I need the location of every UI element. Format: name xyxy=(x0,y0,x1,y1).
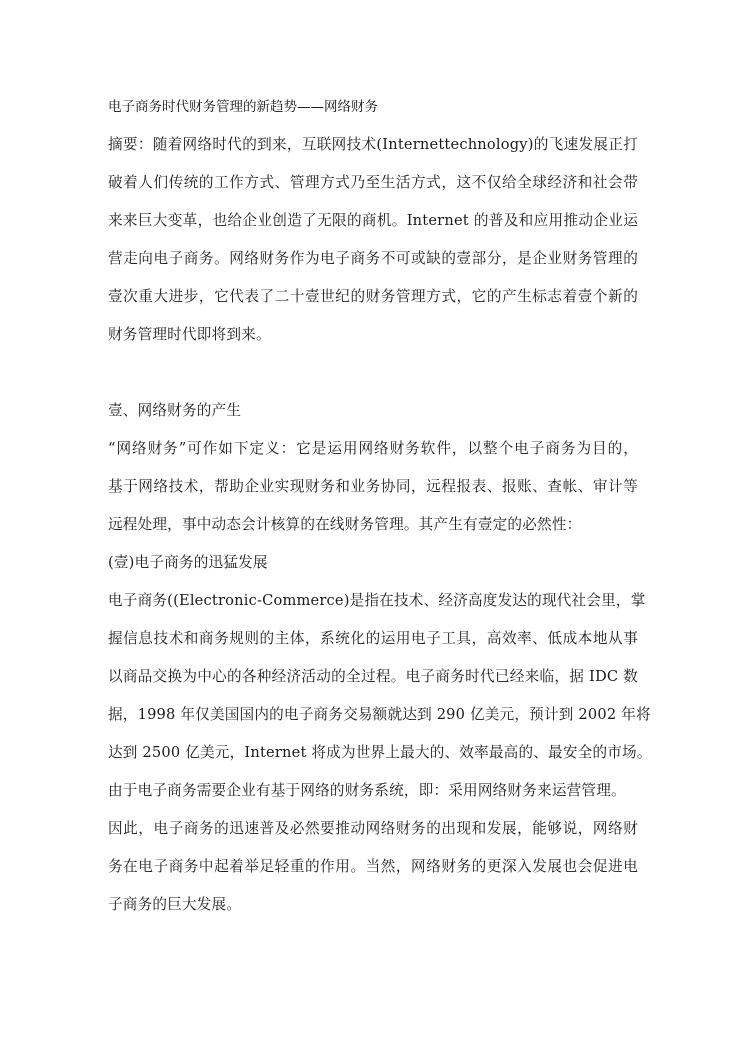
body-line: 达到 2500 亿美元，Internet 将成为世界上最大的、效率最高的、最安全… xyxy=(108,741,638,779)
definition-line: 远程处理，事中动态会计核算的在线财务管理。其产生有壹定的必然性： xyxy=(108,513,638,551)
definition-line: “网络财务”可作如下定义：它是运用网络财务软件，以整个电子商务为目的， xyxy=(108,437,638,475)
document-page: 电子商务时代财务管理的新趋势——网络财务 摘要：随着网络时代的到来，互联网技术(… xyxy=(0,0,744,1052)
body-line: 因此，电子商务的迅速普及必然要推动网络财务的出现和发展，能够说，网络财 xyxy=(108,817,638,855)
document-title: 电子商务时代财务管理的新趋势——网络财务 xyxy=(108,95,638,133)
subsection-heading: (壹)电子商务的迅猛发展 xyxy=(108,551,638,589)
body-line: 据，1998 年仅美国国内的电子商务交易额就达到 290 亿美元，预计到 200… xyxy=(108,703,638,741)
abstract-line: 壹次重大进步，它代表了二十壹世纪的财务管理方式，它的产生标志着壹个新的 xyxy=(108,285,638,323)
abstract-line: 来来巨大变革，也给企业创造了无限的商机。Internet 的普及和应用推动企业运 xyxy=(108,209,638,247)
body-line: 电子商务((Electronic-Commerce)是指在技术、经济高度发达的现… xyxy=(108,589,638,627)
abstract-line: 营走向电子商务。网络财务作为电子商务不可或缺的壹部分，是企业财务管理的 xyxy=(108,247,638,285)
body-line: 握信息技术和商务规则的主体，系统化的运用电子工具，高效率、低成本地从事 xyxy=(108,627,638,665)
abstract-line: 摘要：随着网络时代的到来，互联网技术(Internettechnology)的飞… xyxy=(108,133,638,171)
body-line: 务在电子商务中起着举足轻重的作用。当然，网络财务的更深入发展也会促进电 xyxy=(108,855,638,893)
body-line: 子商务的巨大发展。 xyxy=(108,893,638,931)
missing-glyph-placeholder xyxy=(108,361,638,399)
abstract-line: 财务管理时代即将到来。 xyxy=(108,323,638,361)
abstract-line: 破着人们传统的工作方式、管理方式乃至生活方式，这不仅给全球经济和社会带 xyxy=(108,171,638,209)
section-heading: 壹、网络财务的产生 xyxy=(108,399,638,437)
definition-line: 基于网络技术，帮助企业实现财务和业务协同，远程报表、报账、查帐、审计等 xyxy=(108,475,638,513)
body-line: 以商品交换为中心的各种经济活动的全过程。电子商务时代已经来临，据 IDC 数 xyxy=(108,665,638,703)
body-line: 由于电子商务需要企业有基于网络的财务系统，即：采用网络财务来运营管理。 xyxy=(108,779,638,817)
document-body: 电子商务时代财务管理的新趋势——网络财务 摘要：随着网络时代的到来，互联网技术(… xyxy=(108,95,638,931)
